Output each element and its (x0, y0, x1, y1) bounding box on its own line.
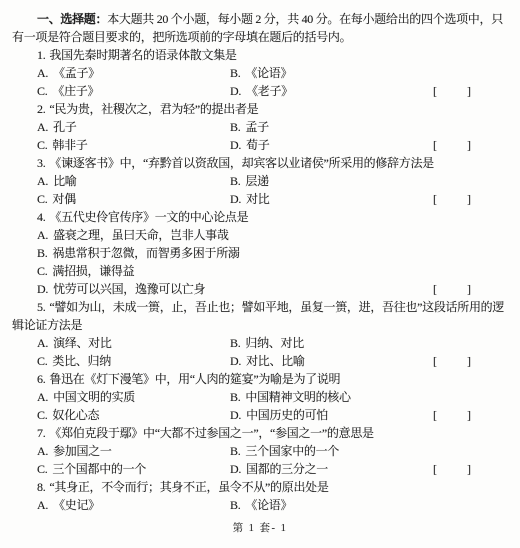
question-5-option-c: C.类比、归纳 (37, 352, 230, 370)
question-7-stem: 7.《郑伯克段于鄢》中“大都不过参国之一”，“参国之一”的意思是 (12, 424, 508, 442)
question-4-option-a: A.盛衰之理，虽曰天命，岂非人事哉 (12, 226, 508, 244)
question-stem-text: 《郑伯克段于鄢》中“大都不过参国之一”，“参国之一”的意思是 (49, 426, 373, 440)
question-8: 8.“其身正，不令而行；其身不正，虽令不从”的原出处是 A.《史记》 B.《论语… (12, 478, 508, 514)
question-7-option-a: A.参加国之一 (37, 442, 230, 460)
question-5-options-row-1: A.演绎、对比 B.归纳、对比 (12, 334, 508, 352)
bracket-close: ] (467, 190, 471, 208)
question-1: 1.我国先秦时期著名的语录体散文集是 A.《孟子》 B.《论语》 C.《庄子》 … (12, 46, 508, 100)
question-6-option-c: C.奴化心态 (37, 406, 230, 424)
question-3-option-b: B.层递 (230, 172, 508, 190)
question-number: 3. (37, 156, 45, 170)
question-3-option-a: A.比喻 (37, 172, 230, 190)
answer-bracket: [] (433, 460, 471, 478)
question-3-stem: 3.《谏逐客书》中，“弃黔首以资敌国，却宾客以业诸侯”所采用的修辞方法是 (12, 154, 508, 172)
bracket-open: [ (433, 406, 437, 424)
question-4-option-b: B.祸患常积于忽微，而智勇多困于所溺 (12, 244, 508, 262)
question-stem-text: “譬如为山，未成一篑，止，吾止也；譬如平地，虽复一篑，进，吾往也”这段话所用的逻… (12, 300, 504, 332)
answer-bracket: [] (433, 190, 471, 208)
question-3: 3.《谏逐客书》中，“弃黔首以资敌国，却宾客以业诸侯”所采用的修辞方法是 A.比… (12, 154, 508, 208)
question-number: 6. (37, 372, 45, 386)
question-7-options-row-2: C.三个国都中的一个 D.国都的三分之一 [] (12, 460, 508, 478)
answer-bracket: [] (433, 406, 471, 424)
section-heading-label: 一、选择题： (37, 12, 107, 26)
question-1-options-row-2: C.《庄子》 D.《老子》 [] (12, 82, 508, 100)
answer-bracket: [] (433, 82, 471, 100)
question-6-options-row-2: C.奴化心态 D.中国历史的可怕 [] (12, 406, 508, 424)
question-number: 4. (37, 210, 45, 224)
question-8-stem: 8.“其身正，不令而行；其身不正，虽令不从”的原出处是 (12, 478, 508, 496)
bracket-open: [ (433, 190, 437, 208)
question-8-options-row-1: A.《史记》 B.《论语》 (12, 496, 508, 514)
bracket-close: ] (467, 136, 471, 154)
question-2-options-row-1: A.孔子 B.孟子 (12, 118, 508, 136)
question-6-option-b: B.中国精神文明的核心 (230, 388, 508, 406)
question-3-options-row-2: C.对偶 D.对比 [] (12, 190, 508, 208)
question-5-option-a: A.演绎、对比 (37, 334, 230, 352)
bracket-close: ] (467, 280, 471, 298)
question-stem-text: 《五代史伶官传序》一文的中心论点是 (49, 210, 248, 224)
answer-bracket: [] (433, 352, 471, 370)
question-8-option-b: B.《论语》 (230, 496, 508, 514)
question-5-stem: 5.“譬如为山，未成一篑，止，吾止也；譬如平地，虽复一篑，进，吾往也”这段话所用… (12, 298, 508, 334)
bracket-close: ] (467, 460, 471, 478)
bracket-open: [ (433, 280, 437, 298)
question-4-stem: 4.《五代史伶官传序》一文的中心论点是 (12, 208, 508, 226)
question-stem-text: 《谏逐客书》中，“弃黔首以资敌国，却宾客以业诸侯”所采用的修辞方法是 (49, 156, 433, 170)
question-4: 4.《五代史伶官传序》一文的中心论点是 A.盛衰之理，虽曰天命，岂非人事哉 B.… (12, 208, 508, 298)
answer-bracket: [] (433, 136, 471, 154)
question-1-stem: 1.我国先秦时期著名的语录体散文集是 (12, 46, 508, 64)
question-number: 7. (37, 426, 45, 440)
question-2-option-c: C.韩非子 (37, 136, 230, 154)
question-6-stem: 6.鲁迅在《灯下漫笔》中，用“人肉的筵宴”为喻是为了说明 (12, 370, 508, 388)
question-6: 6.鲁迅在《灯下漫笔》中，用“人肉的筵宴”为喻是为了说明 A.中国文明的实质 B… (12, 370, 508, 424)
question-3-options-row-1: A.比喻 B.层递 (12, 172, 508, 190)
question-6-option-a: A.中国文明的实质 (37, 388, 230, 406)
question-stem-text: 鲁迅在《灯下漫笔》中，用“人肉的筵宴”为喻是为了说明 (49, 372, 340, 386)
question-7-options-row-1: A.参加国之一 B.三个国家中的一个 (12, 442, 508, 460)
question-2-stem: 2.“民为贵，社稷次之，君为轻”的提出者是 (12, 100, 508, 118)
question-5: 5.“譬如为山，未成一篑，止，吾止也；譬如平地，虽复一篑，进，吾往也”这段话所用… (12, 298, 508, 370)
question-5-options-row-2: C.类比、归纳 D.对比、比喻 [] (12, 352, 508, 370)
question-number: 5. (37, 300, 45, 314)
question-2-option-a: A.孔子 (37, 118, 230, 136)
bracket-close: ] (467, 352, 471, 370)
question-5-option-b: B.归纳、对比 (230, 334, 508, 352)
question-stem-text: “其身正，不令而行；其身不正，虽令不从”的原出处是 (49, 480, 328, 494)
exam-content: 一、选择题：本大题共 20 个小题，每小题 2 分，共 40 分。在每小题给出的… (0, 0, 520, 514)
bracket-open: [ (433, 460, 437, 478)
question-7-option-b: B.三个国家中的一个 (230, 442, 508, 460)
bracket-open: [ (433, 136, 437, 154)
bracket-open: [ (433, 82, 437, 100)
question-2-option-b: B.孟子 (230, 118, 508, 136)
question-number: 8. (37, 480, 45, 494)
exam-page: 一、选择题：本大题共 20 个小题，每小题 2 分，共 40 分。在每小题给出的… (0, 0, 520, 548)
question-1-option-b: B.《论语》 (230, 64, 508, 82)
question-number: 2. (37, 102, 45, 116)
question-1-option-a: A.《孟子》 (37, 64, 230, 82)
answer-bracket: [] (433, 280, 471, 298)
question-1-options-row-1: A.《孟子》 B.《论语》 (12, 64, 508, 82)
question-7: 7.《郑伯克段于鄢》中“大都不过参国之一”，“参国之一”的意思是 A.参加国之一… (12, 424, 508, 478)
question-6-options-row-1: A.中国文明的实质 B.中国精神文明的核心 (12, 388, 508, 406)
bracket-open: [ (433, 352, 437, 370)
question-stem-text: 我国先秦时期著名的语录体散文集是 (49, 48, 236, 62)
bracket-close: ] (467, 406, 471, 424)
section-heading: 一、选择题：本大题共 20 个小题，每小题 2 分，共 40 分。在每小题给出的… (12, 10, 508, 46)
question-3-option-c: C.对偶 (37, 190, 230, 208)
question-4-option-c: C.满招损，谦得益 (12, 262, 508, 280)
question-4-option-d: D.忧劳可以兴国，逸豫可以亡身 [] (12, 280, 508, 298)
question-2-options-row-2: C.韩非子 D.荀子 [] (12, 136, 508, 154)
question-number: 1. (37, 48, 45, 62)
question-2: 2.“民为贵，社稷次之，君为轻”的提出者是 A.孔子 B.孟子 C.韩非子 D.… (12, 100, 508, 154)
question-stem-text: “民为贵，社稷次之，君为轻”的提出者是 (49, 102, 258, 116)
page-footer: 第 1 套- 1 (0, 520, 520, 538)
question-1-option-c: C.《庄子》 (37, 82, 230, 100)
question-8-option-a: A.《史记》 (37, 496, 230, 514)
bracket-close: ] (467, 82, 471, 100)
question-7-option-c: C.三个国都中的一个 (37, 460, 230, 478)
